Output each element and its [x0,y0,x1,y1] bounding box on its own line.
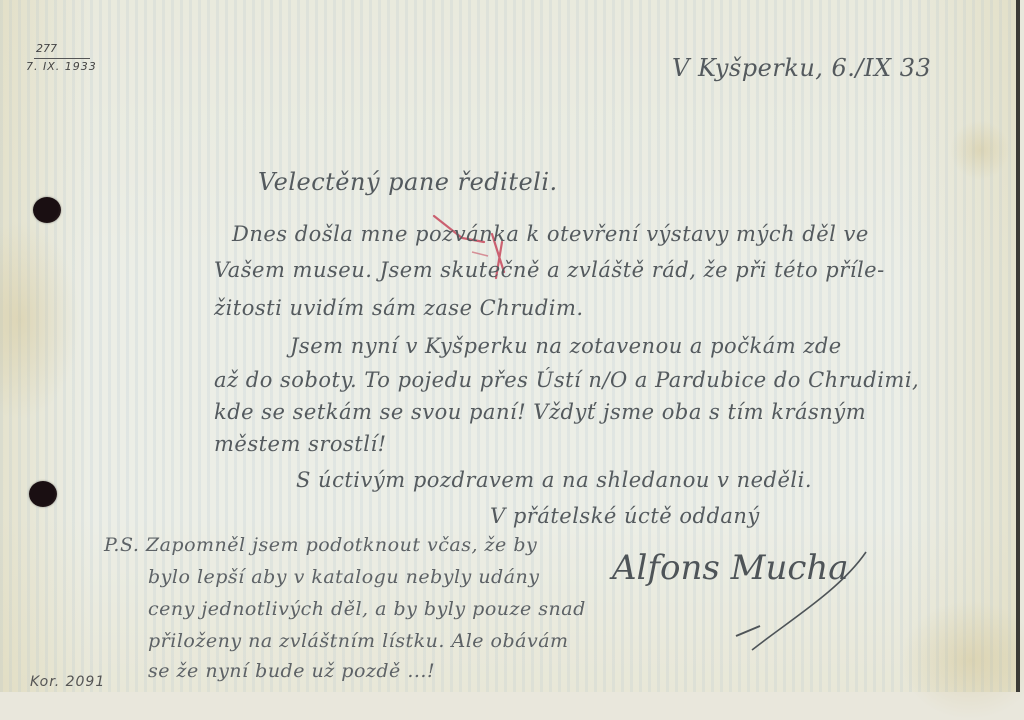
punch-hole-bottom [29,481,57,507]
salutation: Velectěný pane řediteli. [258,168,558,196]
closing-line: V přátelské úctě oddaný [490,504,760,528]
correspondence-number: Kor. 2091 [30,674,105,690]
postscript-line: bylo lepší aby v katalogu nebyly udány [148,566,540,588]
archive-divider [34,58,90,59]
closing-line: S úctivým pozdravem a na shledanou v ned… [296,468,812,492]
punch-hole-top [33,197,61,223]
scan-edge [1016,0,1020,692]
postscript-line: ceny jednotlivých děl, a by byly pouze s… [148,598,586,620]
paper-stain [0,220,80,420]
body-line: Dnes došla mne pozvánka k otevření výsta… [232,222,869,246]
paper-stain [900,600,1024,692]
paper-stain [950,120,1010,180]
archive-reference-number: 277 [36,42,57,55]
signature: Alfons Mucha [612,548,849,588]
body-line: žitosti uvidím sám zase Chrudim. [214,296,584,320]
postscript-line: se že nyní bude už pozdě ...! [148,660,435,682]
postscript-line: P.S. Zapomněl jsem podotknout včas, že b… [104,534,537,556]
letter-sheet: 277 7. IX. 1933 V Kyšperku, 6./IX 33 Vel… [0,0,1020,692]
body-line: Jsem nyní v Kyšperku na zotavenou a počk… [290,334,842,358]
place-date-line: V Kyšperku, 6./IX 33 [672,54,931,82]
body-line: až do soboty. To pojedu přes Ústí n/O a … [214,368,919,392]
postscript-line: přiloženy na zvláštním lístku. Ale obává… [148,630,569,652]
body-line: Vašem museu. Jsem skutečně a zvláště rád… [214,258,885,282]
archive-received-date: 7. IX. 1933 [26,60,97,73]
body-line: kde se setkám se svou paní! Vždyť jsme o… [214,400,866,424]
body-line: městem srostlí! [214,432,387,456]
